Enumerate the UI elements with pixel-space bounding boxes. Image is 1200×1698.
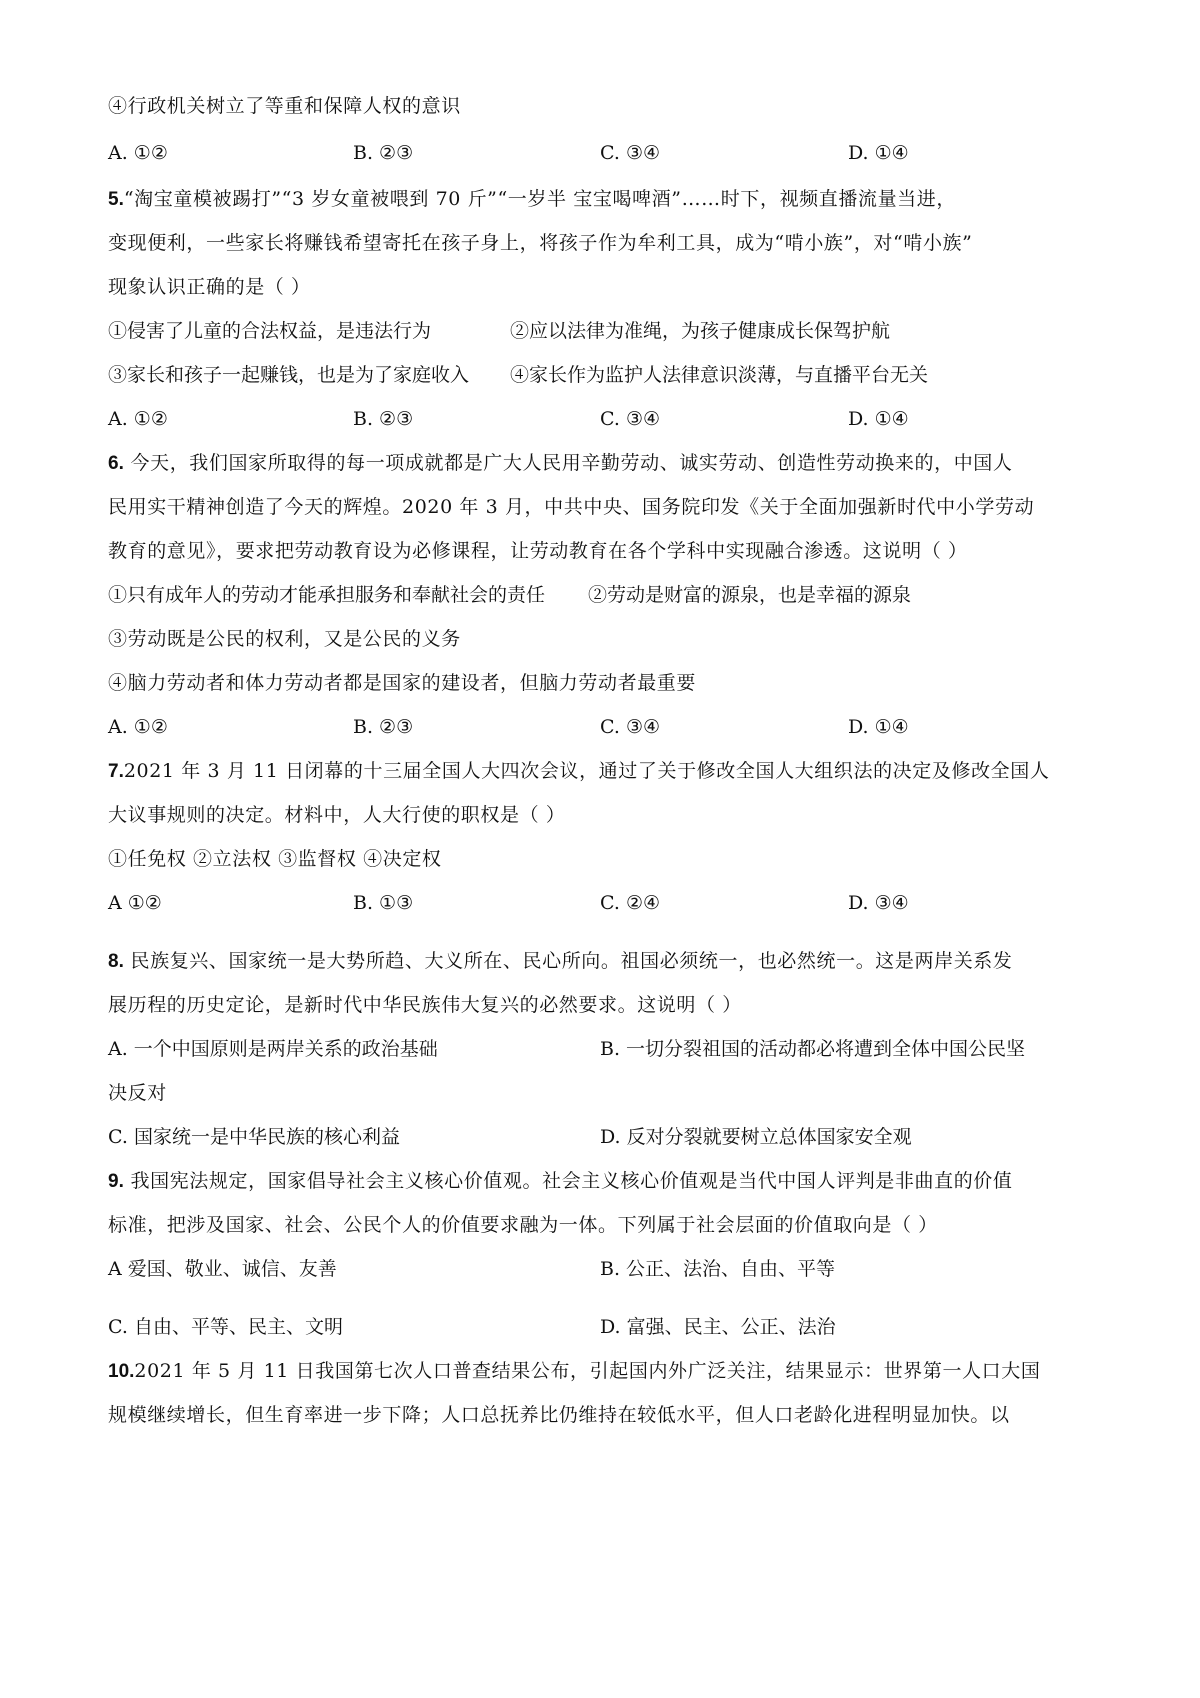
- q6-statement-1: ①只有成年人的劳动才能承担服务和奉献社会的责任: [108, 582, 545, 608]
- q8-option-d: D. 反对分裂就要树立总体国家安全观: [600, 1124, 912, 1150]
- q5-options: A. ①② B. ②③ C. ③④ D. ①④: [108, 406, 1108, 432]
- q9-option-c: C. 自由、平等、民主、文明: [108, 1314, 343, 1340]
- q6-statement-4: ④脑力劳动者和体力劳动者都是国家的建设者，但脑力劳动者最重要: [108, 670, 1108, 696]
- q7-option-d: D. ③④: [848, 890, 909, 916]
- q10-stem-line-1: 10.2021 年 5 月 11 日我国第七次人口普查结果公布，引起国内外广泛关…: [108, 1358, 1108, 1385]
- q5-option-b: B. ②③: [353, 406, 413, 432]
- q8-option-b-continued: 决反对: [108, 1080, 1108, 1106]
- q6-statement-3: ③劳动既是公民的权利，又是公民的义务: [108, 626, 1108, 652]
- q4-option-a: A. ①②: [108, 140, 168, 166]
- q5-stem-line-3: 现象认识正确的是（ ）: [108, 274, 1108, 300]
- q5-statements-row-1: ①侵害了儿童的合法权益，是违法行为 ②应以法律为准绳，为孩子健康成长保驾护航: [108, 318, 1108, 344]
- q7-stem-line-2: 大议事规则的决定。材料中，人大行使的职权是（ ）: [108, 802, 1108, 828]
- q8-stem-line-1: 8. 民族复兴、国家统一是大势所趋、大义所在、民心所向。祖国必须统一，也必然统一…: [108, 948, 1108, 975]
- q6-option-c: C. ③④: [600, 714, 660, 740]
- q9-options-row-2: C. 自由、平等、民主、文明 D. 富强、民主、公正、法治: [108, 1314, 1108, 1340]
- exam-page: ④行政机关树立了等重和保障人权的意识 A. ①② B. ②③ C. ③④ D. …: [0, 0, 1200, 1698]
- q9-number: 9.: [108, 1171, 124, 1192]
- q6-options: A. ①② B. ②③ C. ③④ D. ①④: [108, 714, 1108, 740]
- q5-stem-line-2: 变现便利，一些家长将赚钱希望寄托在孩子身上，将孩子作为牟利工具，成为“啃小族”，…: [108, 230, 1108, 256]
- q8-stem-line-2: 展历程的历史定论，是新时代中华民族伟大复兴的必然要求。这说明（ ）: [108, 992, 1108, 1018]
- q7-option-b: B. ①③: [353, 890, 413, 916]
- q9-options-row-1: A 爱国、敬业、诚信、友善 B. 公正、法治、自由、平等: [108, 1256, 1108, 1282]
- q6-option-d: D. ①④: [848, 714, 909, 740]
- q9-option-a: A 爱国、敬业、诚信、友善: [108, 1256, 337, 1282]
- q6-statement-2: ②劳动是财富的源泉，也是幸福的源泉: [588, 582, 911, 608]
- q10-number: 10.: [108, 1361, 134, 1382]
- q8-options-row-2: C. 国家统一是中华民族的核心利益 D. 反对分裂就要树立总体国家安全观: [108, 1124, 1108, 1150]
- q7-option-c: C. ②④: [600, 890, 660, 916]
- q5-option-c: C. ③④: [600, 406, 660, 432]
- q7-options: A ①② B. ①③ C. ②④ D. ③④: [108, 890, 1108, 916]
- q5-statements-row-2: ③家长和孩子一起赚钱，也是为了家庭收入 ④家长作为监护人法律意识淡薄，与直播平台…: [108, 362, 1108, 388]
- q9-option-b: B. 公正、法治、自由、平等: [600, 1256, 835, 1282]
- q9-stem-line-1: 9. 我国宪法规定，国家倡导社会主义核心价值观。社会主义核心价值观是当代中国人评…: [108, 1168, 1108, 1195]
- q9-stem-line-2: 标准，把涉及国家、社会、公民个人的价值要求融为一体。下列属于社会层面的价值取向是…: [108, 1212, 1108, 1238]
- q6-number: 6.: [108, 453, 124, 474]
- q5-statement-1: ①侵害了儿童的合法权益，是违法行为: [108, 318, 431, 344]
- q8-option-a: A. 一个中国原则是两岸关系的政治基础: [108, 1036, 438, 1062]
- q5-number: 5.: [108, 189, 124, 210]
- q6-statements-row-1: ①只有成年人的劳动才能承担服务和奉献社会的责任 ②劳动是财富的源泉，也是幸福的源…: [108, 582, 1108, 608]
- q7-stem-line-1: 7.2021 年 3 月 11 日闭幕的十三届全国人大四次会议，通过了关于修改全…: [108, 758, 1108, 785]
- q5-option-d: D. ①④: [848, 406, 909, 432]
- q4-option-b: B. ②③: [353, 140, 413, 166]
- q8-number: 8.: [108, 951, 124, 972]
- q7-option-a: A ①②: [108, 890, 162, 916]
- q6-option-a: A. ①②: [108, 714, 168, 740]
- q4-statement-4: ④行政机关树立了等重和保障人权的意识: [108, 93, 1108, 119]
- q5-option-a: A. ①②: [108, 406, 168, 432]
- q5-statement-4: ④家长作为监护人法律意识淡薄，与直播平台无关: [510, 362, 928, 388]
- q6-stem-line-3: 教育的意见》，要求把劳动教育设为必修课程，让劳动教育在各个学科中实现融合渗透。这…: [108, 538, 1108, 564]
- q5-stem-line-1: 5.“淘宝童模被踢打”“3 岁女童被喂到 70 斤”“一岁半 宝宝喝啤酒”……时…: [108, 186, 1108, 213]
- q10-stem-line-2: 规模继续增长，但生育率进一步下降；人口总抚养比仍维持在较低水平，但人口老龄化进程…: [108, 1402, 1108, 1428]
- q6-stem-line-2: 民用实干精神创造了今天的辉煌。2020 年 3 月，中共中央、国务院印发《关于全…: [108, 494, 1108, 520]
- q9-option-d: D. 富强、民主、公正、法治: [600, 1314, 836, 1340]
- q7-statements: ①任免权 ②立法权 ③监督权 ④决定权: [108, 846, 1108, 872]
- q4-option-c: C. ③④: [600, 140, 660, 166]
- q6-stem-line-1: 6. 今天，我们国家所取得的每一项成就都是广大人民用辛勤劳动、诚实劳动、创造性劳…: [108, 450, 1108, 477]
- q4-option-d: D. ①④: [848, 140, 909, 166]
- q6-option-b: B. ②③: [353, 714, 413, 740]
- q7-number: 7.: [108, 761, 124, 782]
- q4-options: A. ①② B. ②③ C. ③④ D. ①④: [108, 140, 1108, 166]
- q5-statement-3: ③家长和孩子一起赚钱，也是为了家庭收入: [108, 362, 469, 388]
- q8-option-c: C. 国家统一是中华民族的核心利益: [108, 1124, 400, 1150]
- q8-options-row-1: A. 一个中国原则是两岸关系的政治基础 B. 一切分裂祖国的活动都必将遭到全体中…: [108, 1036, 1108, 1062]
- q8-option-b: B. 一切分裂祖国的活动都必将遭到全体中国公民坚: [600, 1036, 1025, 1062]
- q5-statement-2: ②应以法律为准绳，为孩子健康成长保驾护航: [510, 318, 890, 344]
